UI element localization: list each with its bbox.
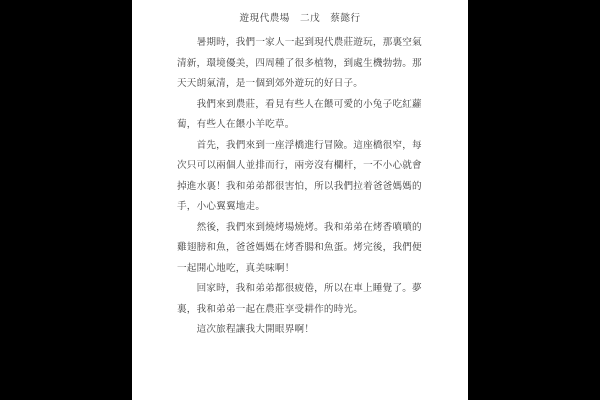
essay-line: 手，小心翼翼地走。 [177, 197, 423, 218]
letterbox-right [468, 0, 600, 400]
essay-line: 裏，我和弟弟一起在農莊享受耕作的時光。 [177, 300, 423, 321]
essay-line: 蔔，有些人在餵小羊吃草。 [177, 115, 423, 136]
essay-line: 一起開心地吃，真美味啊！ [177, 259, 423, 280]
essay-line: 清新，環境優美，四周種了很多植物，到處生機勃勃。那 [177, 54, 423, 75]
essay-line: 這次旅程讓我大開眼界啊！ [177, 320, 423, 341]
essay-line: 掉進水裏！我和弟弟都很害怕，所以我們拉着爸爸媽媽的 [177, 177, 423, 198]
document-title: 遊現代農場 二戊 蔡懿行 [132, 12, 468, 26]
screen: { "page": { "background_color": "#000000… [0, 0, 600, 400]
essay-line: 暑期時，我們一家人一起到現代農莊遊玩，那裏空氣 [177, 33, 423, 54]
letterbox-left [0, 0, 132, 400]
essay-line: 首先，我們來到一座浮橋進行冒險。這座橋很窄，每 [177, 136, 423, 157]
essay-body: 暑期時，我們一家人一起到現代農莊遊玩，那裏空氣 清新，環境優美，四周種了很多植物… [177, 33, 423, 341]
essay-line: 然後，我們來到燒烤場燒烤。我和弟弟在烤香噴噴的 [177, 218, 423, 239]
essay-line: 次只可以兩個人並排而行，兩旁沒有欄杆，一不小心就會 [177, 156, 423, 177]
essay-line: 天天朗氣清，是一個到郊外遊玩的好日子。 [177, 74, 423, 95]
essay-line: 回家時，我和弟弟都很疲倦，所以在車上睡覺了。夢 [177, 279, 423, 300]
essay-line: 我們來到農莊，看見有些人在餵可愛的小兔子吃紅蘿 [177, 95, 423, 116]
document-page: 遊現代農場 二戊 蔡懿行 暑期時，我們一家人一起到現代農莊遊玩，那裏空氣 清新，… [132, 0, 468, 400]
essay-line: 雞翅膀和魚，爸爸媽媽在烤香腸和魚蛋。烤完後，我們便 [177, 238, 423, 259]
